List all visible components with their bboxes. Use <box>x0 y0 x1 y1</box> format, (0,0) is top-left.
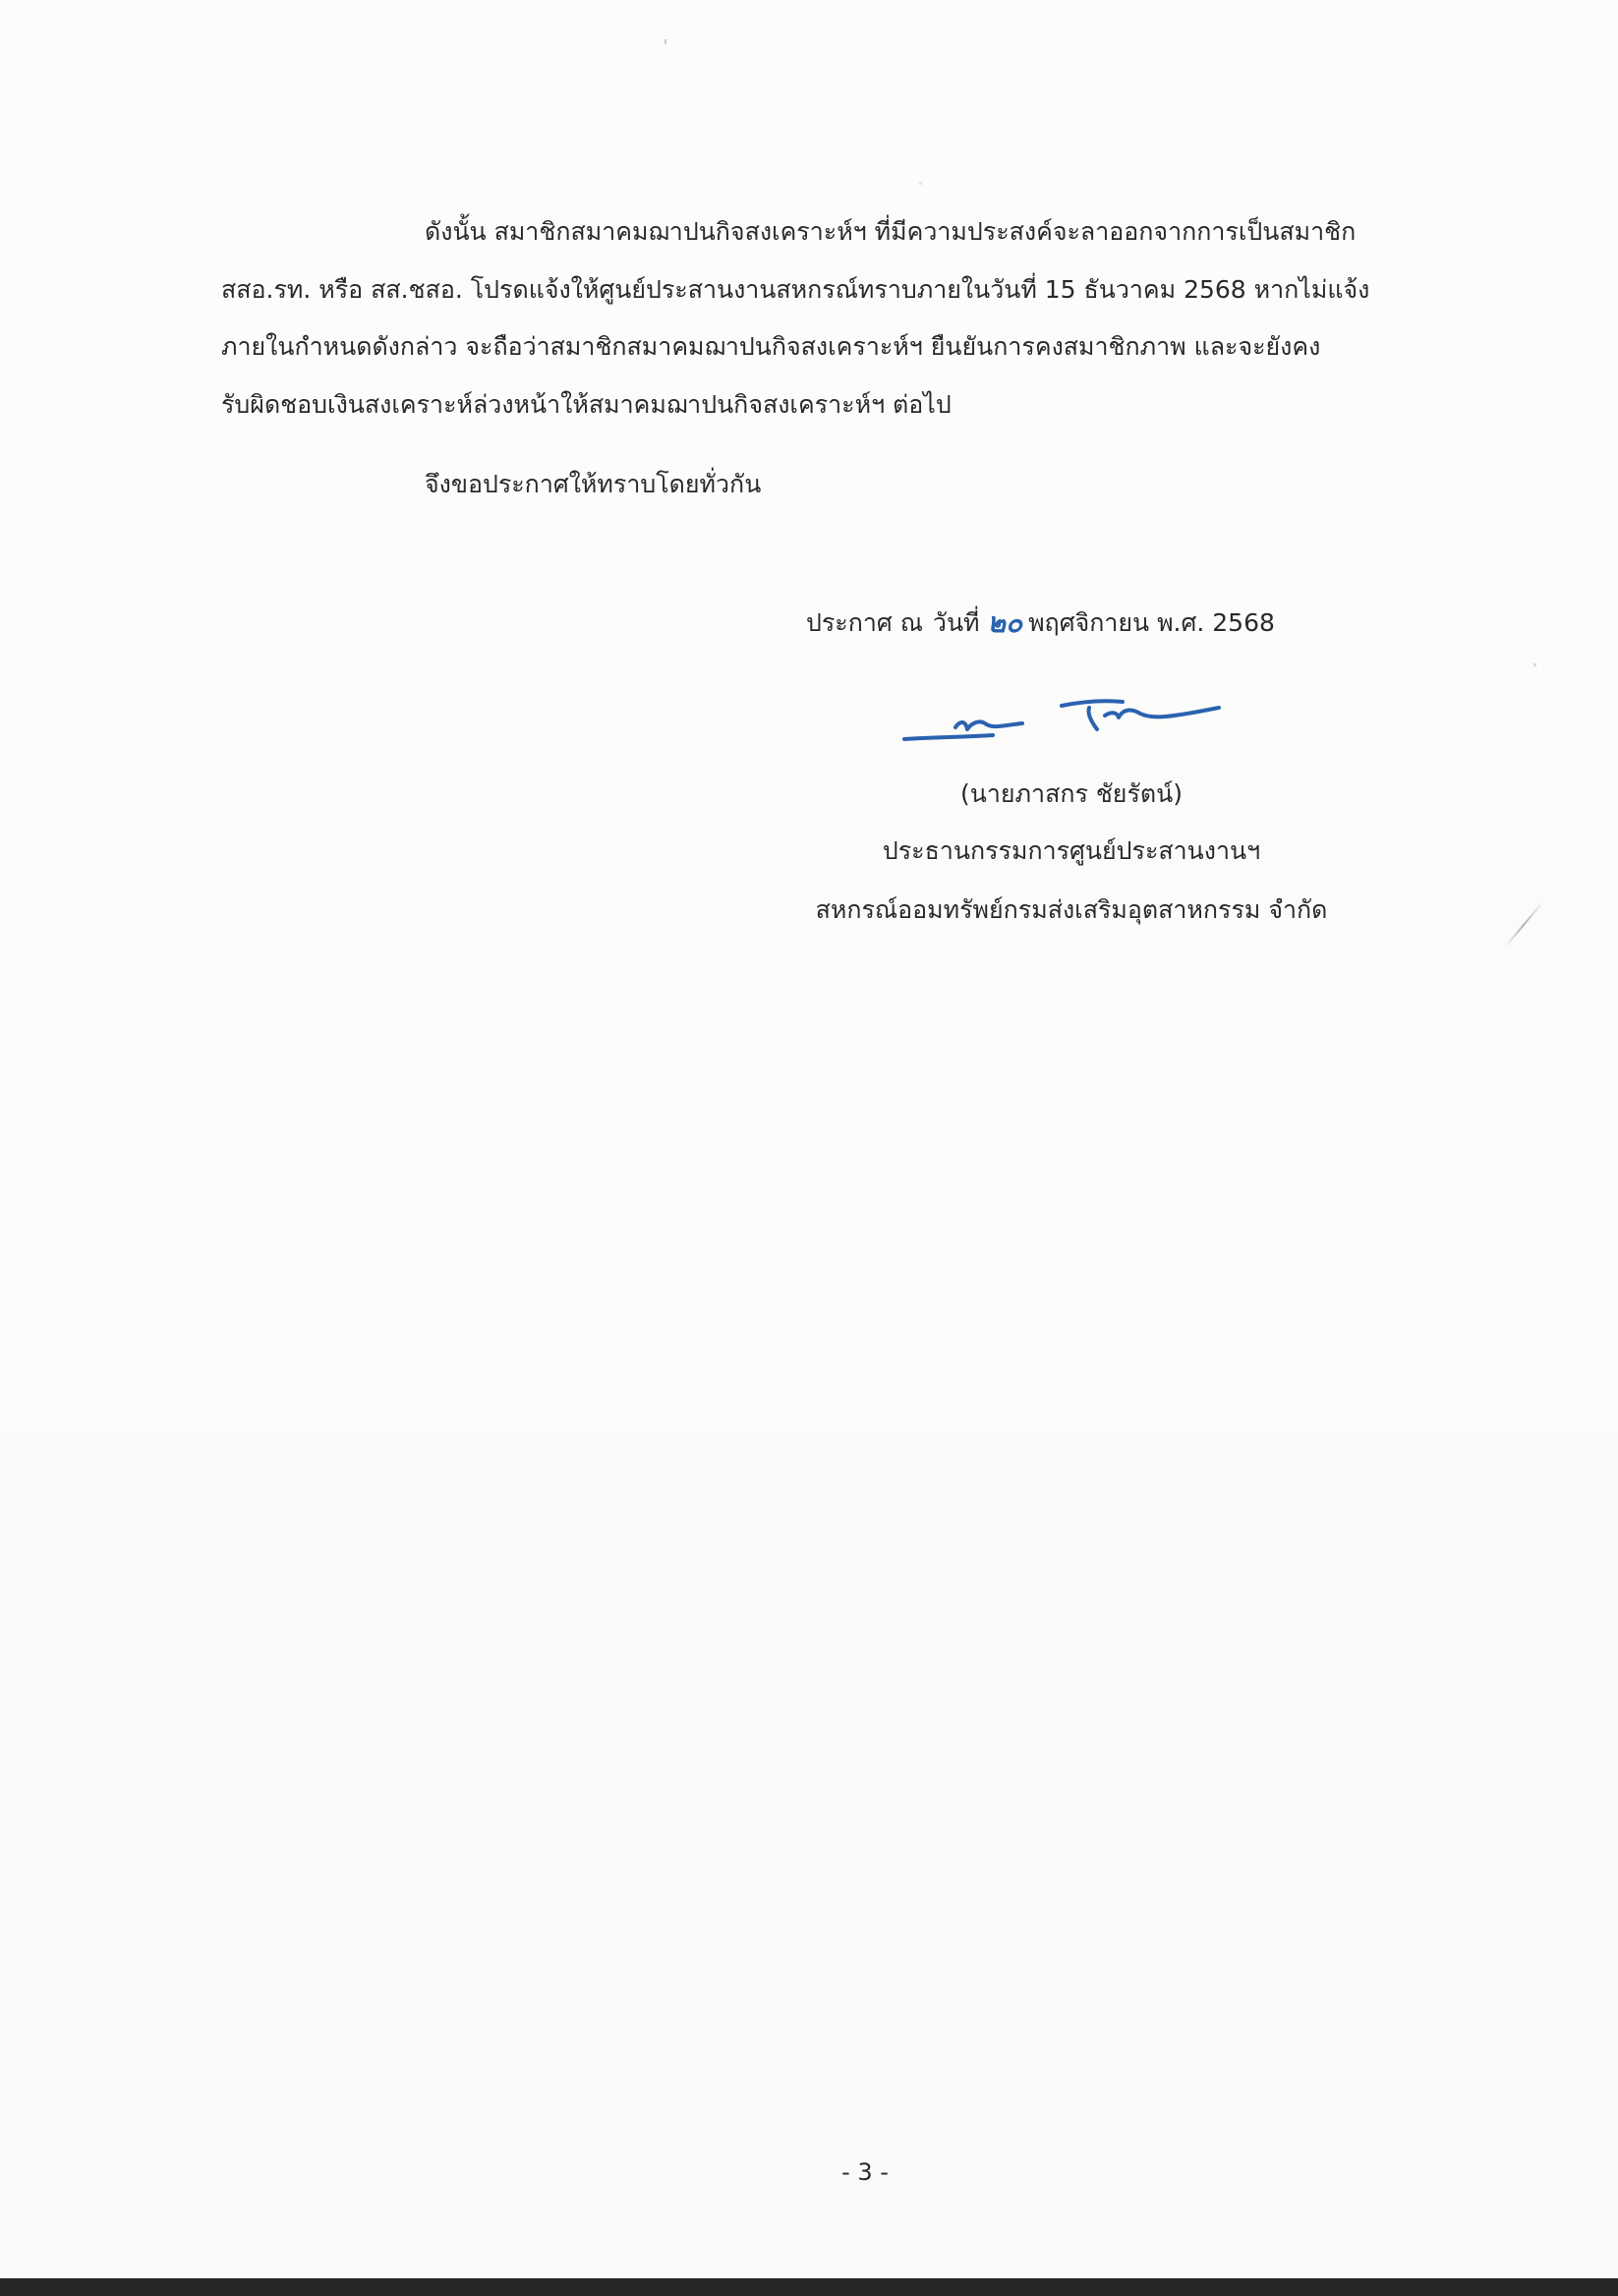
paragraph-line-3: ภายในกำหนดดังกล่าว จะถือว่าสมาชิกสมาคมฌา… <box>221 334 1320 359</box>
signatory-title: ประธานกรรมการศูนย์ประสานงานฯ <box>767 832 1376 871</box>
announcement-prefix: ประกาศ ณ <box>806 603 923 643</box>
page-number: - 3 - <box>816 2158 914 2186</box>
document-page: ดังนั้น สมาชิกสมาคมฌาปนกิจสงเคราะห์ฯ ที่… <box>0 0 1618 2278</box>
signatory-organization: สหกรณ์ออมทรัพย์กรมส่งเสริมอุตสาหกรรม จำก… <box>767 890 1376 930</box>
paragraph-line-1: ดังนั้น สมาชิกสมาคมฌาปนกิจสงเคราะห์ฯ ที่… <box>425 219 1356 244</box>
scanner-edge <box>0 2278 1618 2296</box>
scan-speck <box>665 39 666 44</box>
signatory-name: (นายภาสกร ชัยรัตน์) <box>767 775 1376 814</box>
handwritten-day: ๒๐ <box>988 602 1023 645</box>
month-year: พฤศจิกายน พ.ศ. 2568 <box>1028 603 1275 643</box>
day-label: วันที่ <box>933 603 980 643</box>
scan-speck <box>919 182 922 185</box>
paragraph-line-2: สสอ.รท. หรือ สส.ชสอ. โปรดแจ้งให้ศูนย์ประ… <box>221 277 1369 302</box>
paragraph-line-4: รับผิดชอบเงินสงเคราะห์ล่วงหน้าให้สมาคมฌา… <box>221 392 952 417</box>
signature-icon <box>895 678 1258 757</box>
closing-statement: จึงขอประกาศให้ทราบโดยทั่วกัน <box>425 472 761 496</box>
scan-scratch <box>1504 901 1543 947</box>
announcement-date: ประกาศ ณ วันที่ ๒๐ พฤศจิกายน พ.ศ. 2568 <box>806 602 1275 645</box>
scan-speck <box>1533 663 1536 666</box>
